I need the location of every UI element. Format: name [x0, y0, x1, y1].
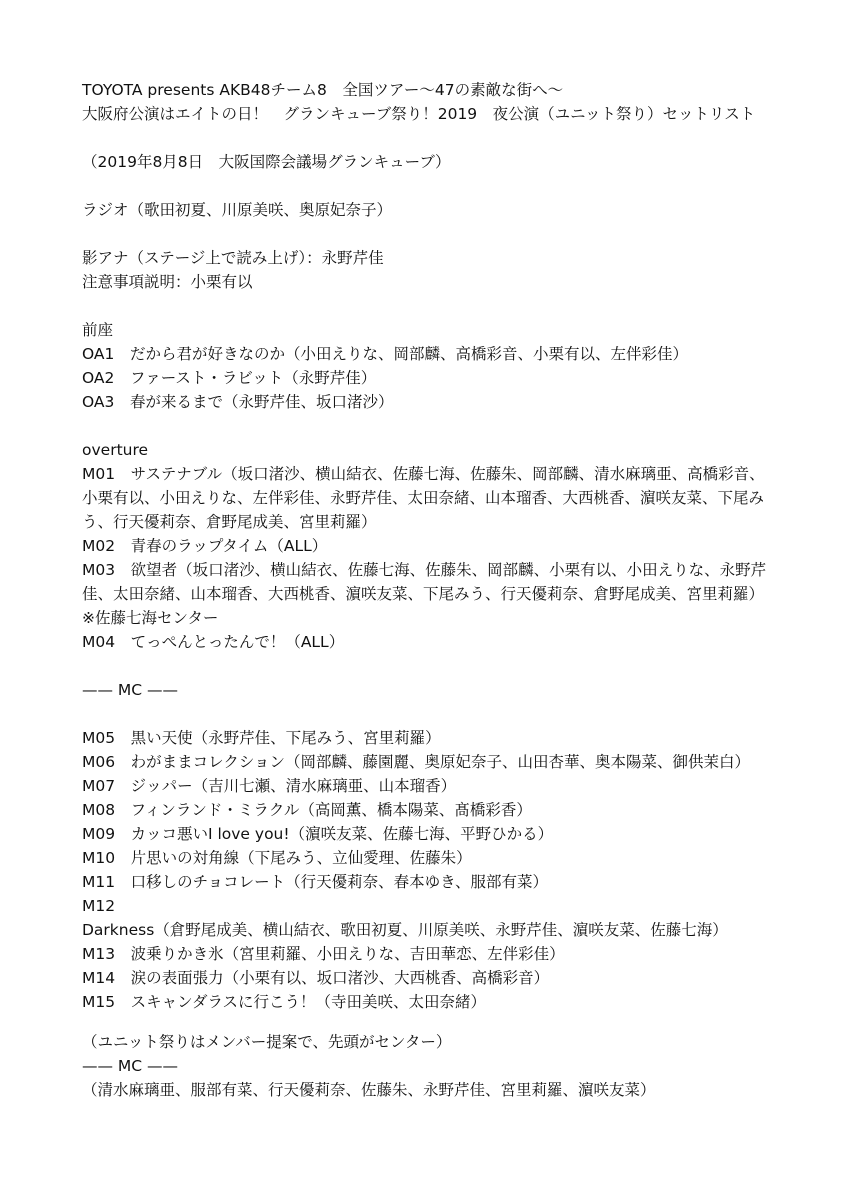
song-code: OA2 — [82, 366, 130, 390]
setlist-item: M10 片思いの対角線（下尾みう、立仙愛理、佐藤朱） — [82, 846, 772, 870]
mc-divider: —— MC —— — [82, 678, 772, 702]
song-text: 青春のラップタイム（ALL） — [131, 537, 328, 555]
setlist-item: M05 黒い天使（永野芹佳、下尾みう、宮里莉羅） — [82, 726, 772, 750]
setlist-item: M04 てっぺんとったんで！（ALL） — [82, 630, 772, 654]
setlist-item: M07 ジッパー（吉川七瀬、清水麻璃亜、山本瑠香） — [82, 774, 772, 798]
spacer — [82, 414, 772, 438]
spacer — [82, 222, 772, 246]
song-text: だから君が好きなのか（小田えりな、岡部麟、高橋彩音、小栗有以、左伴彩佳） — [130, 342, 688, 366]
spacer — [82, 174, 772, 198]
song-code: M06 — [82, 753, 115, 771]
spacer — [82, 294, 772, 318]
song-text: わがままコレクション（岡部麟、藤園麗、奥原妃奈子、山田杏華、奥本陽菜、御供茉白） — [131, 753, 750, 771]
mc-divider: —— MC —— — [82, 1054, 772, 1078]
song-text: Darkness（倉野尾成美、横山結衣、歌田初夏、川原美咲、永野芹佳、濵咲友菜、… — [82, 921, 728, 939]
mc-members: （清水麻璃亜、服部有菜、行天優莉奈、佐藤朱、永野芹佳、宮里莉羅、濵咲友菜） — [82, 1078, 772, 1102]
setlist-item: M03 欲望者（坂口渚沙、横山結衣、佐藤七海、佐藤朱、岡部麟、小栗有以、小田えり… — [82, 558, 772, 630]
song-code: M03 — [82, 561, 115, 579]
song-text: 黒い天使（永野芹佳、下尾みう、宮里莉羅） — [131, 729, 441, 747]
spacer — [82, 702, 772, 726]
song-code: M02 — [82, 537, 115, 555]
song-text: 片思いの対角線（下尾みう、立仙愛理、佐藤朱） — [131, 849, 472, 867]
song-code: M13 — [82, 945, 115, 963]
song-text: ファースト・ラビット（永野芹佳） — [130, 366, 376, 390]
setlist-item: M14 涙の表面張力（小栗有以、坂口渚沙、大西桃香、高橋彩音） — [82, 966, 772, 990]
spacer — [82, 654, 772, 678]
radio-line: ラジオ（歌田初夏、川原美咲、奥原妃奈子） — [82, 198, 772, 222]
song-text: ジッパー（吉川七瀬、清水麻璃亜、山本瑠香） — [131, 777, 457, 795]
song-code: M08 — [82, 801, 115, 819]
song-text: カッコ悪いI love you!（濵咲友菜、佐藤七海、平野ひかる） — [131, 825, 553, 843]
kage-ana-line: 影アナ（ステージ上で読み上げ）：永野芹佳 — [82, 246, 772, 270]
song-code: M14 — [82, 969, 115, 987]
song-text: サステナブル（坂口渚沙、横山結衣、佐藤七海、佐藤朱、岡部麟、清水麻璃亜、高橋彩音… — [82, 465, 765, 531]
setlist-item: OA3春が来るまで（永野芹佳、坂口渚沙） — [82, 390, 772, 414]
song-text: 春が来るまで（永野芹佳、坂口渚沙） — [130, 390, 394, 414]
setlist-document: TOYOTA presents AKB48チーム8 全国ツアー～47の素敵な街へ… — [82, 78, 772, 1102]
unit-note: （ユニット祭りはメンバー提案で、先頭がセンター） — [82, 1030, 772, 1054]
song-code: M07 — [82, 777, 115, 795]
song-text: スキャンダラスに行こう！（寺田美咲、太田奈緒） — [131, 993, 486, 1011]
setlist-item: OA1だから君が好きなのか（小田えりな、岡部麟、高橋彩音、小栗有以、左伴彩佳） — [82, 342, 772, 366]
title-line-1: TOYOTA presents AKB48チーム8 全国ツアー～47の素敵な街へ… — [82, 78, 772, 102]
spacer — [82, 1014, 772, 1022]
spacer — [82, 1022, 772, 1030]
song-text: てっぺんとったんで！（ALL） — [131, 633, 345, 651]
setlist-item: M01 サステナブル（坂口渚沙、横山結衣、佐藤七海、佐藤朱、岡部麟、清水麻璃亜、… — [82, 462, 772, 534]
song-code: M10 — [82, 849, 115, 867]
song-text: 波乗りかき氷（宮里莉羅、小田えりな、吉田華恋、左伴彩佳） — [131, 945, 565, 963]
song-text: 涙の表面張力（小栗有以、坂口渚沙、大西桃香、高橋彩音） — [131, 969, 550, 987]
setlist-item: M06 わがままコレクション（岡部麟、藤園麗、奥原妃奈子、山田杏華、奥本陽菜、御… — [82, 750, 772, 774]
song-code: OA1 — [82, 342, 130, 366]
notice-line: 注意事項説明：小栗有以 — [82, 270, 772, 294]
setlist-item: M09 カッコ悪いI love you!（濵咲友菜、佐藤七海、平野ひかる） — [82, 822, 772, 846]
setlist-item: M13 波乗りかき氷（宮里莉羅、小田えりな、吉田華恋、左伴彩佳） — [82, 942, 772, 966]
song-code: M11 — [82, 873, 115, 891]
overture-line: overture — [82, 438, 772, 462]
setlist-item: M11 口移しのチョコレート（行天優莉奈、春本ゆき、服部有菜） — [82, 870, 772, 894]
song-text: フィンランド・ミラクル（高岡薫、橋本陽菜、髙橋彩香） — [131, 801, 532, 819]
date-venue: （2019年8月8日 大阪国際会議場グランキューブ） — [82, 150, 772, 174]
song-text: 口移しのチョコレート（行天優莉奈、春本ゆき、服部有菜） — [131, 873, 548, 891]
setlist-item: M12 Darkness（倉野尾成美、横山結衣、歌田初夏、川原美咲、永野芹佳、濵… — [82, 894, 772, 942]
title-line-2: 大阪府公演はエイトの日！ グランキューブ祭り！2019 夜公演（ユニット祭り）セ… — [82, 102, 772, 126]
song-code: M15 — [82, 993, 115, 1011]
song-code: M01 — [82, 465, 115, 483]
spacer — [82, 126, 772, 150]
opening-act-heading: 前座 — [82, 318, 772, 342]
setlist-item: M08 フィンランド・ミラクル（高岡薫、橋本陽菜、髙橋彩香） — [82, 798, 772, 822]
song-code: M12 — [82, 897, 115, 915]
setlist-item: M15 スキャンダラスに行こう！（寺田美咲、太田奈緒） — [82, 990, 772, 1014]
song-code: M05 — [82, 729, 115, 747]
song-text: 欲望者（坂口渚沙、横山結衣、佐藤七海、佐藤朱、岡部麟、小栗有以、小田えりな、永野… — [82, 561, 766, 627]
setlist-item: OA2ファースト・ラビット（永野芹佳） — [82, 366, 772, 390]
song-code: OA3 — [82, 390, 130, 414]
song-code: M09 — [82, 825, 115, 843]
setlist-item: M02 青春のラップタイム（ALL） — [82, 534, 772, 558]
song-code: M04 — [82, 633, 115, 651]
